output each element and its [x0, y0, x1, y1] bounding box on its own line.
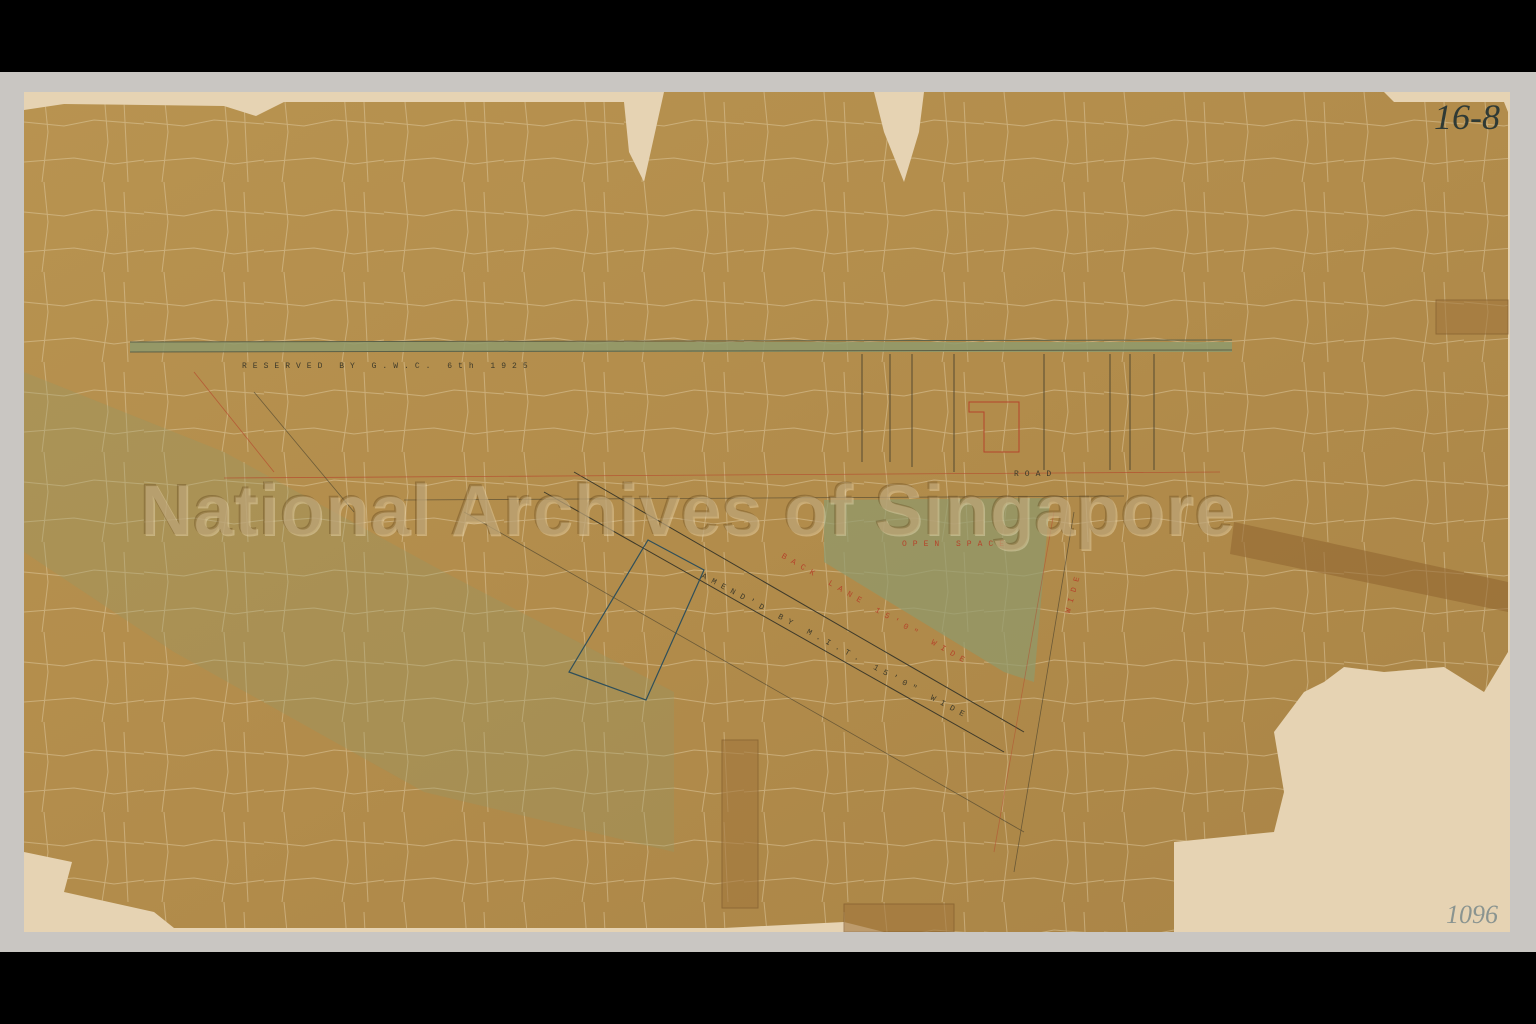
sheet-number-top: 16-8 — [1434, 96, 1500, 138]
scan-mount: RESERVED BY G.W.C. 6th 1925 OPEN SPACE B… — [0, 72, 1536, 952]
sheet-number-bottom: 1096 — [1446, 900, 1498, 930]
map-label-road-top: RESERVED BY G.W.C. 6th 1925 — [242, 362, 534, 371]
tape-patch — [722, 740, 758, 908]
tape-patch — [1436, 300, 1508, 334]
watermark: National Archives of Singapore — [140, 470, 1380, 552]
tape-patch — [844, 904, 954, 932]
